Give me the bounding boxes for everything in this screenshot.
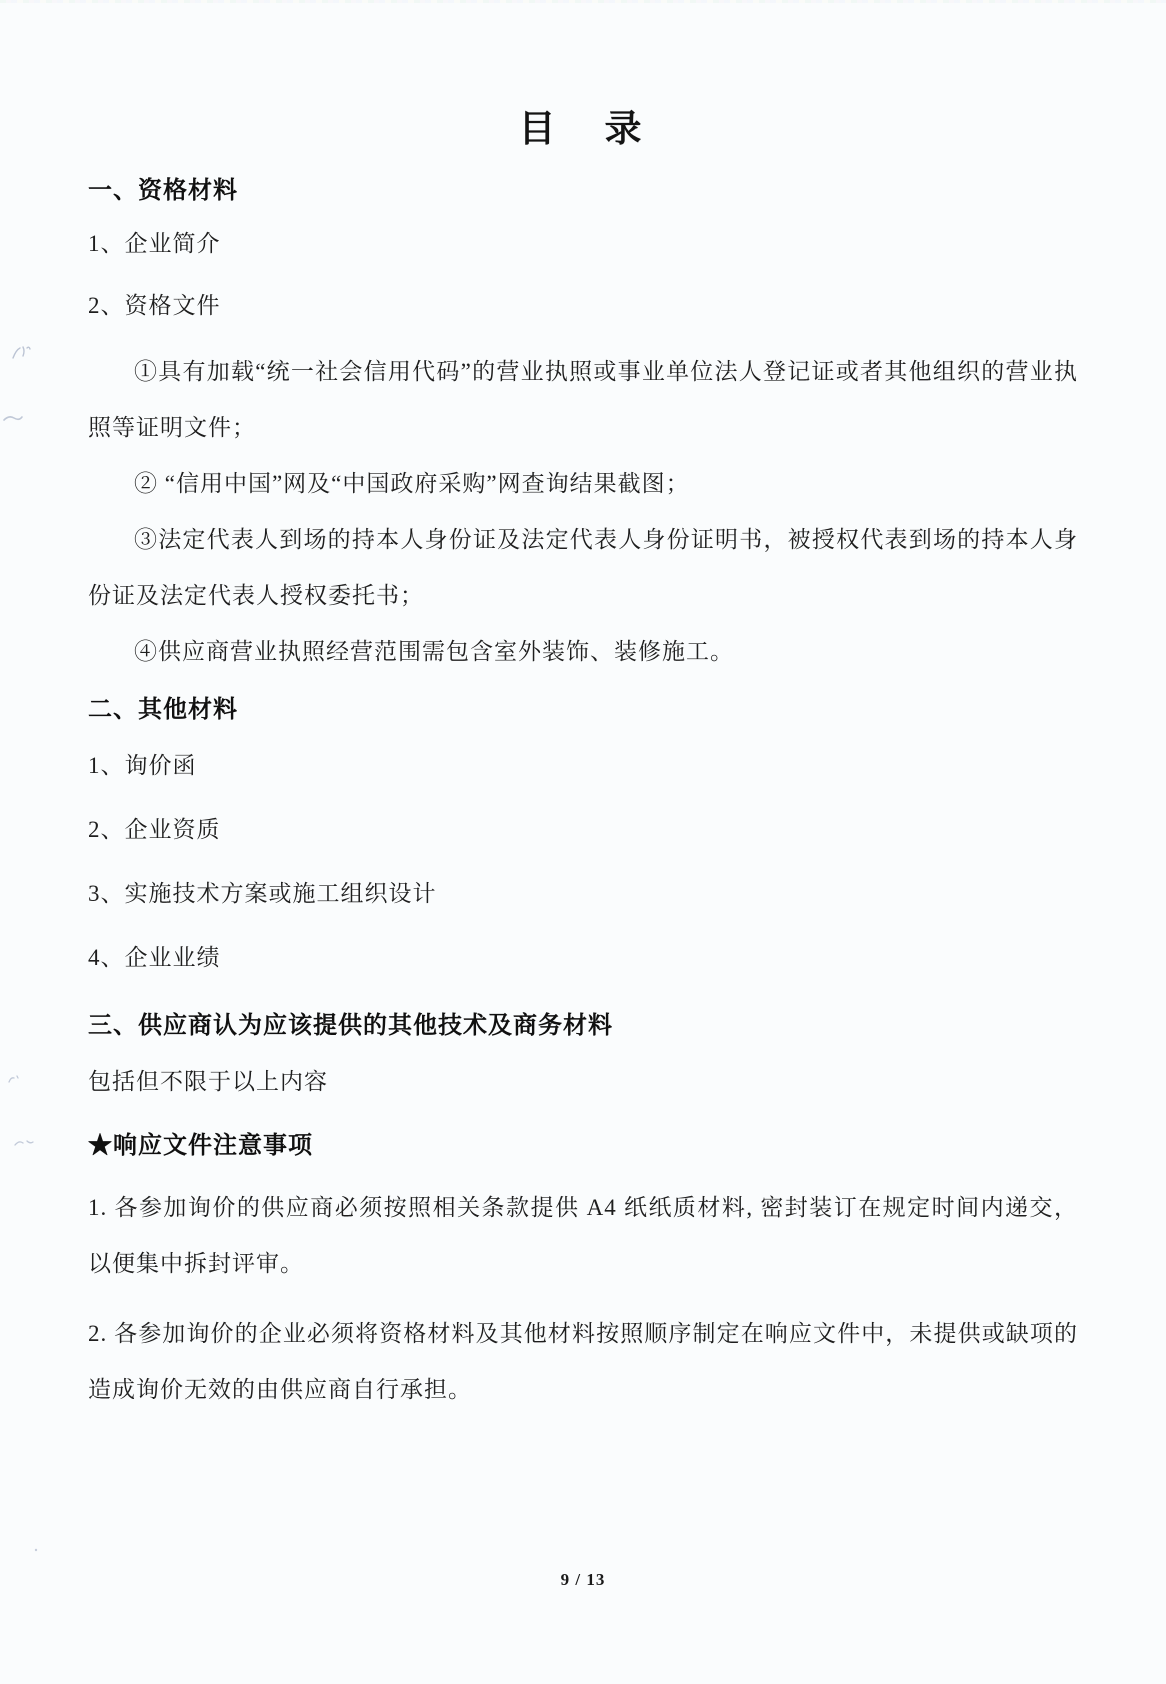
section-3-heading: 三、供应商认为应该提供的其他技术及商务材料 — [88, 998, 1078, 1054]
subitem-credit-china-screenshot: ② “信用中国”网及“中国政府采购”网查询结果截图； — [88, 456, 1078, 512]
subitem-business-scope: ④供应商营业执照经营范围需包含室外装饰、装修施工。 — [88, 624, 1078, 680]
toc-item-inquiry-letter: 1、询价函 — [88, 738, 1078, 794]
scan-artifact — [10, 342, 36, 364]
document-content: 目 录 一、资格材料 1、企业简介 2、资格文件 ①具有加载“统一社会信用代码”… — [88, 100, 1078, 1418]
section-1-heading: 一、资格材料 — [88, 166, 1078, 216]
scan-artifact — [32, 1546, 40, 1554]
toc-item-technical-plan: 3、实施技术方案或施工组织设计 — [88, 866, 1078, 922]
toc-item-qualification-docs: 2、资格文件 — [88, 278, 1078, 334]
toc-item-company-performance: 4、企业业绩 — [88, 930, 1078, 986]
section-2-heading: 二、其他材料 — [88, 682, 1078, 738]
page-title: 目 录 — [88, 100, 1078, 160]
notice-item-1: 1. 各参加询价的供应商必须按照相关条款提供 A4 纸纸质材料, 密封装订在规定… — [88, 1180, 1078, 1292]
page-number: 9 / 13 — [0, 1570, 1166, 1590]
document-page: 目 录 一、资格材料 1、企业简介 2、资格文件 ①具有加载“统一社会信用代码”… — [0, 0, 1166, 1684]
scan-artifact — [2, 412, 24, 424]
scanner-edge-noise — [0, 0, 1166, 3]
subitem-legal-representative-id: ③法定代表人到场的持本人身份证及法定代表人身份证明书，被授权代表到场的持本人身份… — [88, 512, 1078, 624]
scan-artifact — [12, 1136, 36, 1150]
notice-item-2: 2. 各参加询价的企业必须将资格材料及其他材料按照顺序制定在响应文件中，未提供或… — [88, 1306, 1078, 1418]
scan-artifact — [6, 1072, 24, 1086]
section-3-body: 包括但不限于以上内容 — [88, 1054, 1078, 1110]
notice-heading: ★响应文件注意事项 — [88, 1118, 1078, 1174]
subitem-business-license: ①具有加载“统一社会信用代码”的营业执照或事业单位法人登记证或者其他组织的营业执… — [88, 344, 1078, 456]
toc-item-company-profile: 1、企业简介 — [88, 216, 1078, 272]
toc-item-company-qualification: 2、企业资质 — [88, 802, 1078, 858]
